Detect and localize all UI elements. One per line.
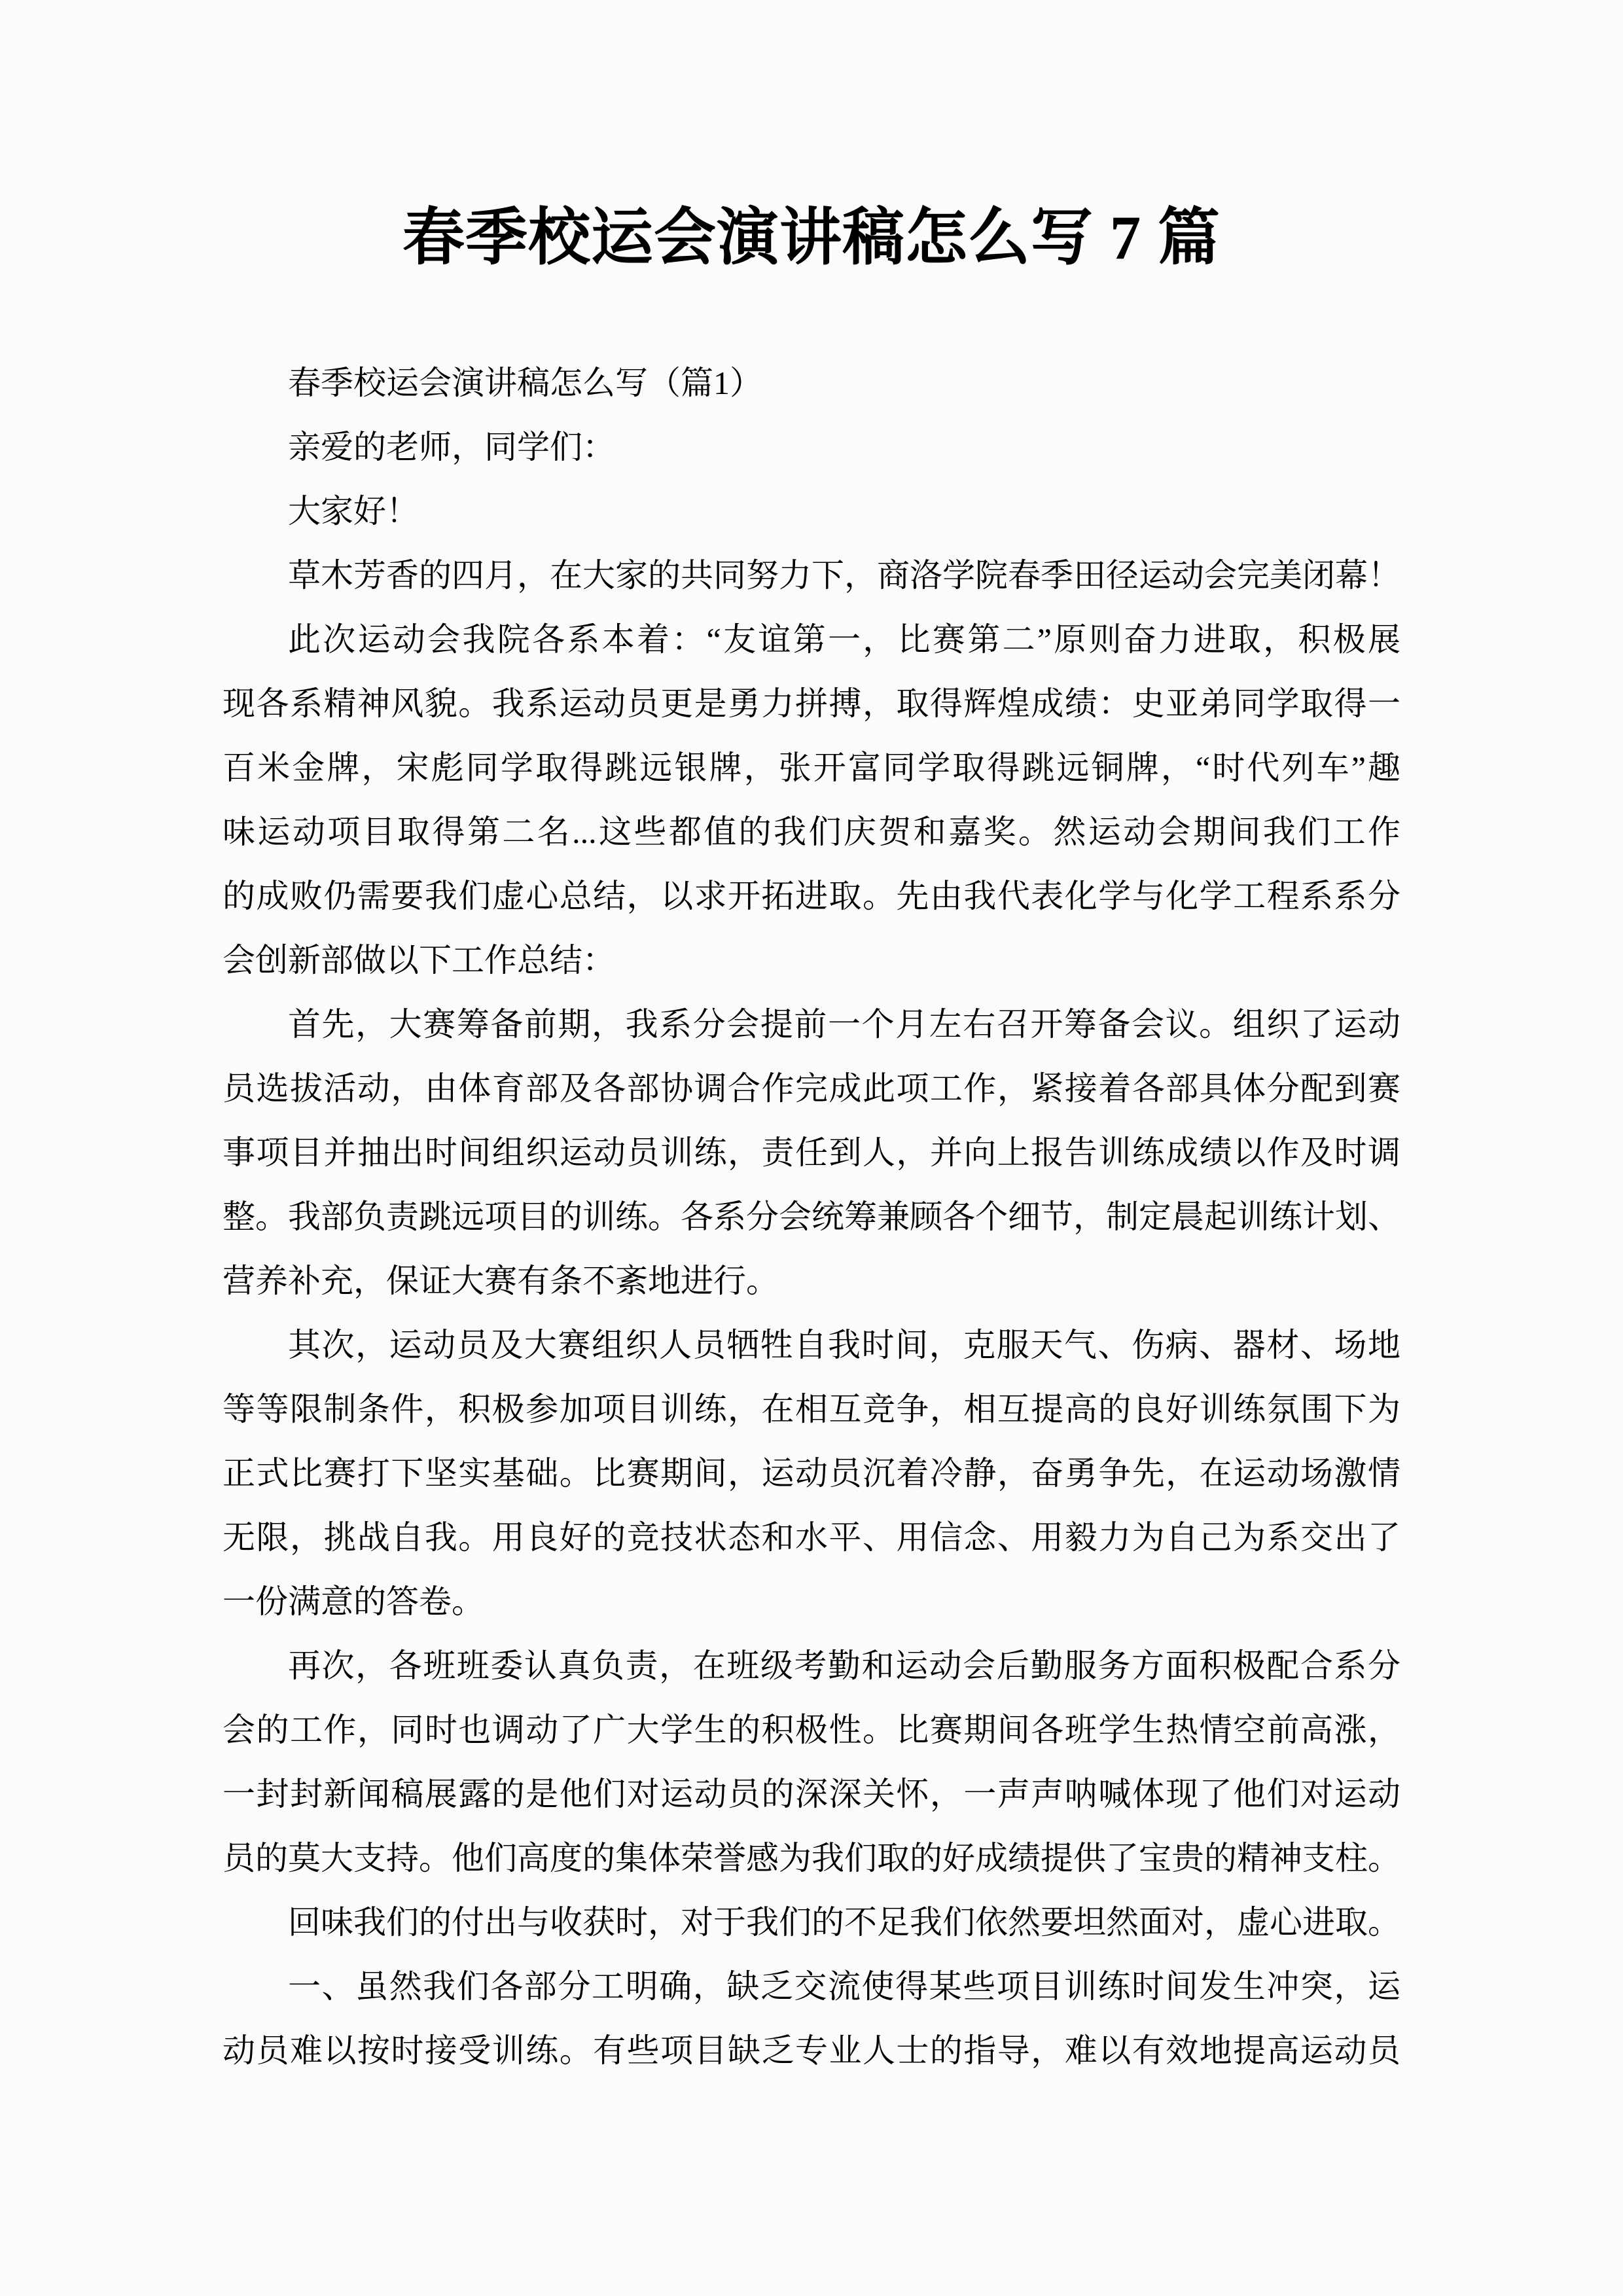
text-line: 百米金牌，宋彪同学取得跳远银牌，张开富同学取得跳远铜牌，“时代列车”趣 [223,736,1400,800]
text-line: 的成败仍需要我们虚心总结，以求开拓进取。先由我代表化学与化学工程系系分 [223,864,1400,928]
paragraph: 大家好！ [223,479,1400,543]
text-line: 一、虽然我们各部分工明确，缺乏交流使得某些项目训练时间发生冲突，运 [223,1954,1400,2018]
text-line: 会的工作，同时也调动了广大学生的积极性。比赛期间各班学生热情空前高涨， [223,1698,1400,1762]
text-line: 事项目并抽出时间组织运动员训练，责任到人，并向上报告训练成绩以作及时调 [223,1121,1400,1185]
text-line: 员选拔活动，由体育部及各部协调合作完成此项工作，紧接着各部具体分配到赛 [223,1056,1400,1121]
text-line: 一份满意的答卷。 [223,1570,1400,1634]
document-body: 春季校运会演讲稿怎么写（篇1）亲爱的老师，同学们：大家好！草木芳香的四月，在大家… [223,351,1400,2083]
text-line: 营养补充，保证大赛有条不紊地进行。 [223,1249,1400,1313]
paragraph: 此次运动会我院各系本着：“友谊第一，比赛第二”原则奋力进取，积极展现各系精神风貌… [223,607,1400,992]
text-line: 再次，各班班委认真负责，在班级考勤和运动会后勤服务方面积极配合系分 [223,1634,1400,1698]
paragraph: 草木芳香的四月，在大家的共同努力下，商洛学院春季田径运动会完美闭幕！ [223,543,1400,607]
text-line: 首先，大赛筹备前期，我系分会提前一个月左右召开筹备会议。组织了运动 [223,992,1400,1056]
paragraph: 首先，大赛筹备前期，我系分会提前一个月左右召开筹备会议。组织了运动员选拔活动，由… [223,992,1400,1313]
text-line: 动员难以按时接受训练。有些项目缺乏专业人士的指导，难以有效地提高运动员 [223,2018,1400,2083]
paragraph: 其次，运动员及大赛组织人员牺牲自我时间，克服天气、伤病、器材、场地等等限制条件，… [223,1313,1400,1634]
text-line: 现各系精神风貌。我系运动员更是勇力拼搏，取得辉煌成绩：史亚弟同学取得一 [223,672,1400,736]
text-line: 大家好！ [223,479,1400,543]
text-line: 一封封新闻稿展露的是他们对运动员的深深关怀，一声声呐喊体现了他们对运动 [223,1762,1400,1826]
text-line: 春季校运会演讲稿怎么写（篇1） [223,351,1400,415]
text-line: 正式比赛打下坚实基础。比赛期间，运动员沉着冷静，奋勇争先，在运动场激情 [223,1441,1400,1505]
paragraph: 一、虽然我们各部分工明确，缺乏交流使得某些项目训练时间发生冲突，运动员难以按时接… [223,1954,1400,2083]
text-line: 无限，挑战自我。用良好的竞技状态和水平、用信念、用毅力为自己为系交出了 [223,1505,1400,1570]
text-line: 此次运动会我院各系本着：“友谊第一，比赛第二”原则奋力进取，积极展 [223,607,1400,672]
paragraph: 春季校运会演讲稿怎么写（篇1） [223,351,1400,415]
text-line: 其次，运动员及大赛组织人员牺牲自我时间，克服天气、伤病、器材、场地 [223,1313,1400,1377]
document-title: 春季校运会演讲稿怎么写 7 篇 [0,0,1623,279]
text-line: 亲爱的老师，同学们： [223,415,1400,479]
text-line: 草木芳香的四月，在大家的共同努力下，商洛学院春季田径运动会完美闭幕！ [223,543,1400,607]
text-line: 味运动项目取得第二名...这些都值的我们庆贺和嘉奖。然运动会期间我们工作 [223,800,1400,864]
text-line: 整。我部负责跳远项目的训练。各系分会统筹兼顾各个细节，制定晨起训练计划、 [223,1185,1400,1249]
paragraph: 亲爱的老师，同学们： [223,415,1400,479]
paragraph: 回味我们的付出与收获时，对于我们的不足我们依然要坦然面对，虚心进取。 [223,1890,1400,1954]
text-line: 会创新部做以下工作总结： [223,928,1400,992]
paragraph: 再次，各班班委认真负责，在班级考勤和运动会后勤服务方面积极配合系分会的工作，同时… [223,1634,1400,1890]
document-page: 春季校运会演讲稿怎么写 7 篇 春季校运会演讲稿怎么写（篇1）亲爱的老师，同学们… [0,0,1623,2296]
text-line: 员的莫大支持。他们高度的集体荣誉感为我们取的好成绩提供了宝贵的精神支柱。 [223,1826,1400,1890]
text-line: 回味我们的付出与收获时，对于我们的不足我们依然要坦然面对，虚心进取。 [223,1890,1400,1954]
text-line: 等等限制条件，积极参加项目训练，在相互竞争，相互提高的良好训练氛围下为 [223,1377,1400,1441]
